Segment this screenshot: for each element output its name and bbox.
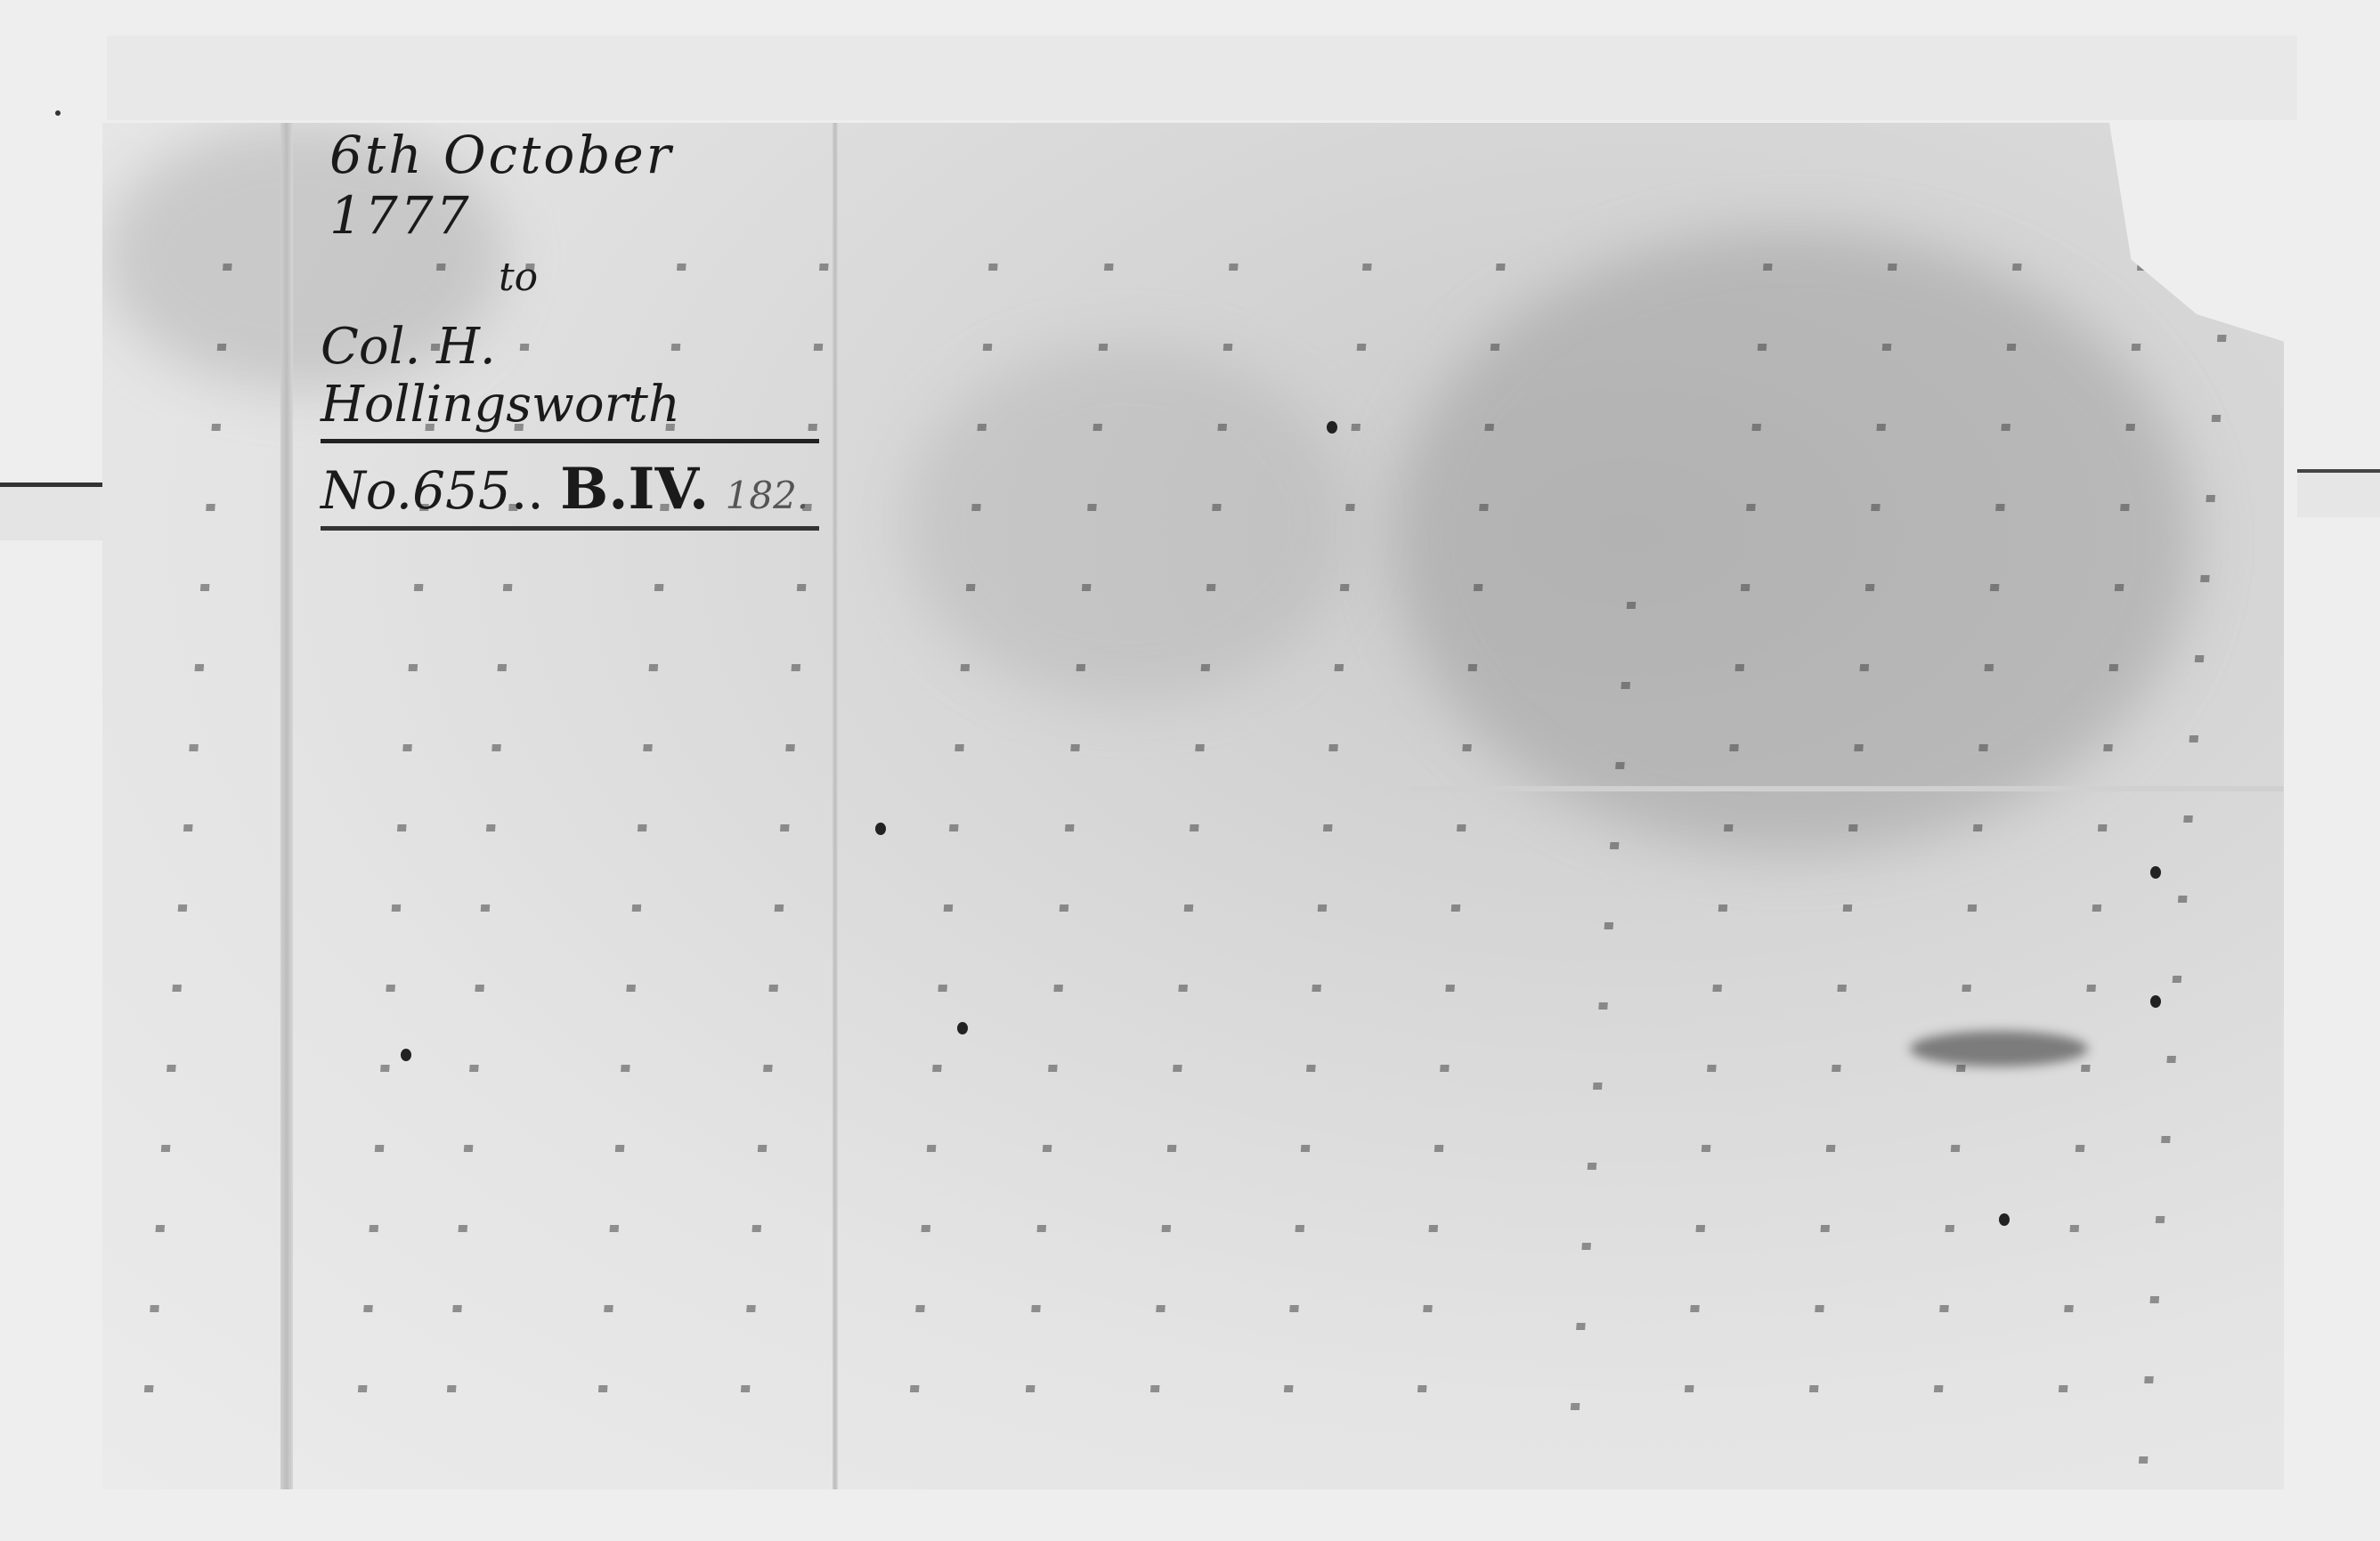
docket-page: 182.: [726, 474, 809, 517]
bleed-through-ink: [140, 230, 234, 1458]
ink-blot: [1999, 1213, 2010, 1226]
fold-line-vertical: [833, 123, 838, 1489]
scan-backdrop-top: [107, 36, 2297, 120]
ink-blot: [2150, 866, 2161, 879]
fold-line-horizontal: [1411, 786, 2284, 791]
docket-to: to: [499, 255, 819, 300]
stain: [1393, 230, 2195, 853]
ink-blot: [401, 1049, 411, 1061]
ink-blot: [2150, 995, 2161, 1008]
docket-number: 655: [412, 460, 511, 521]
docket-reference: No.655.. B.IV. 182.: [321, 456, 819, 531]
ink-smudge: [1910, 1031, 2088, 1067]
scan-edge-band-right: [2297, 473, 2380, 517]
ink-blot: [957, 1022, 968, 1034]
scan-edge-band-left: [0, 487, 107, 540]
docket-number-prefix: No.: [321, 460, 412, 521]
ink-blot: [875, 823, 886, 835]
scan-speck: [55, 110, 61, 116]
docket-recipient: Col. H. Hollingsworth: [321, 318, 819, 443]
docket: 6th October 1777 to Col. H. Hollingswort…: [321, 125, 819, 531]
docket-date: 6th October 1777: [329, 125, 819, 246]
docket-series: B.IV.: [560, 456, 709, 523]
ink-blot: [1327, 421, 1337, 434]
fold-line-vertical: [280, 123, 293, 1489]
